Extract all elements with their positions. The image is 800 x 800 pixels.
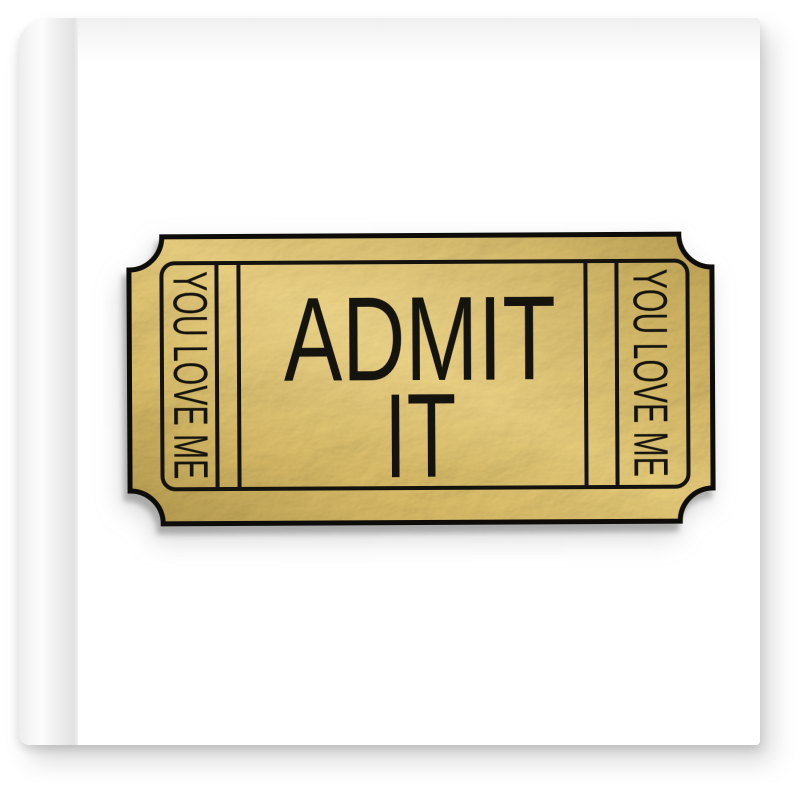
right-stub-divider [616,262,617,486]
ticket-left-stub-text: YOU LOVE ME [162,271,216,479]
ticket-center-text-line2: IT [384,369,457,503]
product-photo: ADMIT IT YOU LOVE ME YOU LOVE ME [0,0,800,800]
canvas-top-edge [18,18,760,62]
canvas-left-edge [18,18,78,745]
center-panel-left-border [238,264,239,488]
canvas-print: ADMIT IT YOU LOVE ME YOU LOVE ME [18,18,760,745]
center-panel-right-border [585,262,586,486]
admit-it-ticket: ADMIT IT YOU LOVE ME YOU LOVE ME [126,231,716,526]
ticket-right-stub-text: YOU LOVE ME [622,269,676,477]
